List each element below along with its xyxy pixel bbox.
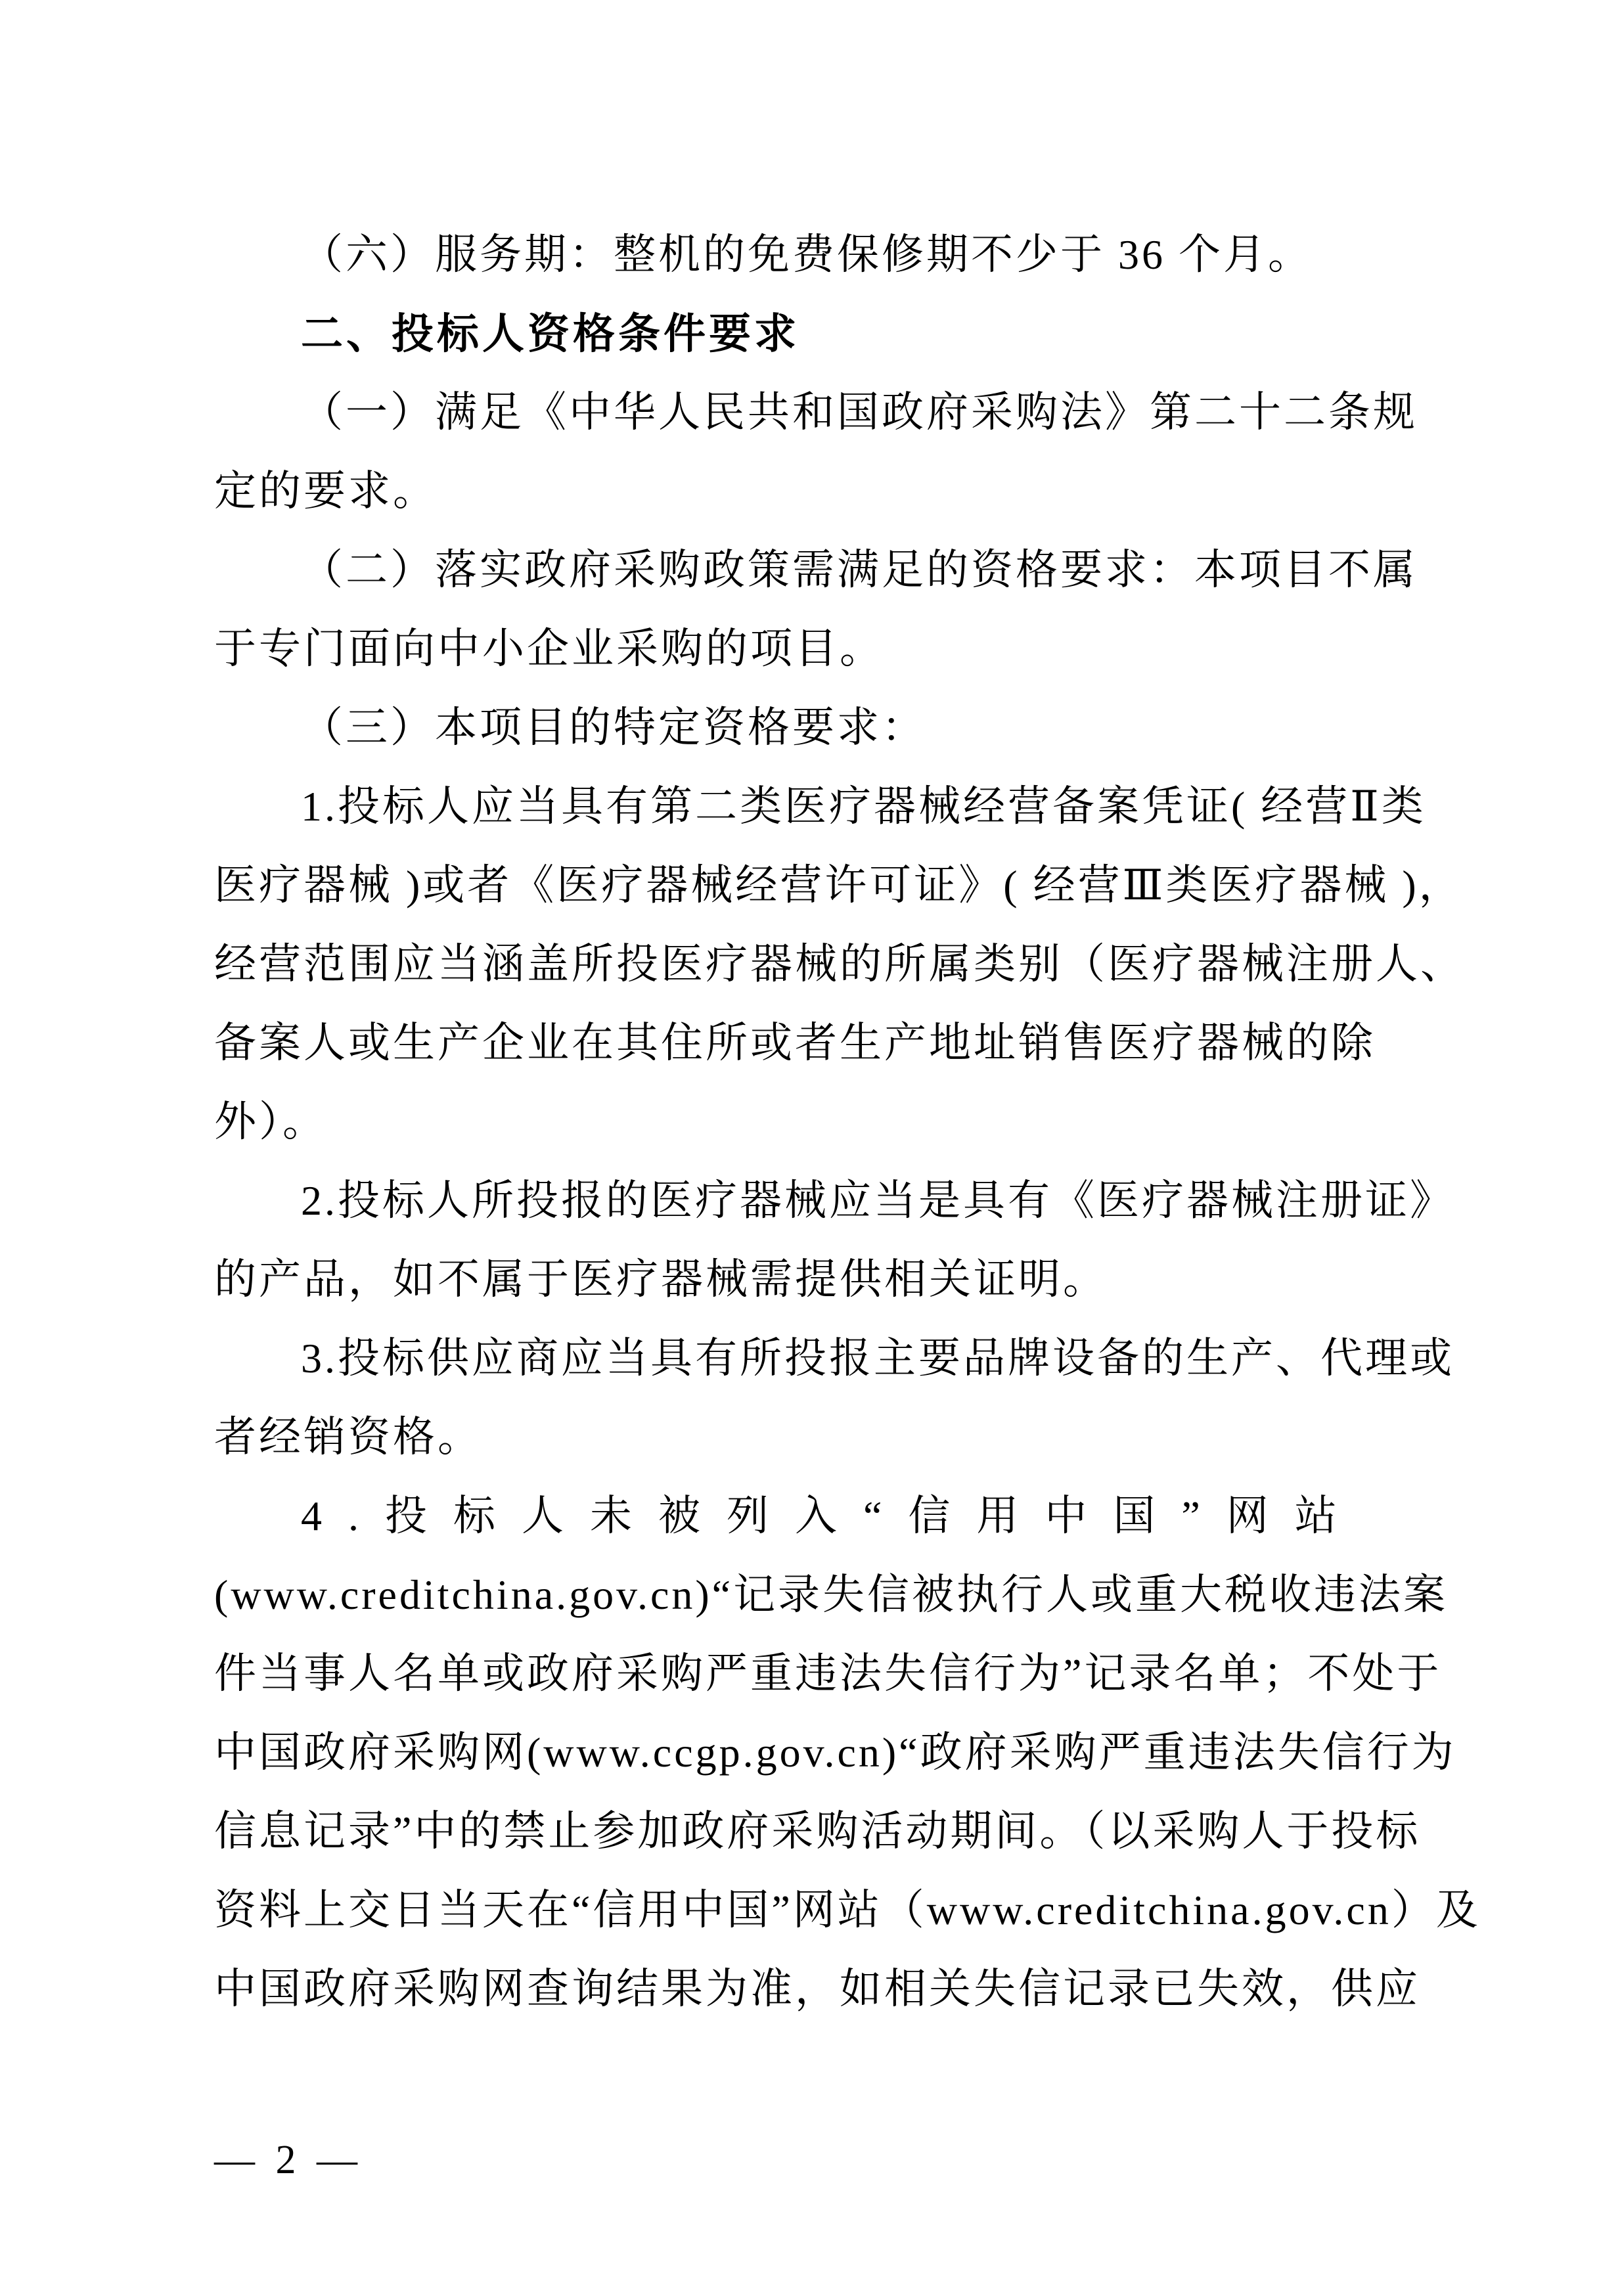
text-line-req-1-cont-2: 经营范围应当涵盖所投医疗器械的所属类别（医疗器械注册人、 xyxy=(214,925,1423,1004)
page-number: — 2 — xyxy=(214,2136,363,2184)
text-line-req-4-cont-2: 件当事人名单或政府采购严重违法失信行为”记录名单；不处于 xyxy=(214,1634,1423,1713)
text-line-req-4: 4.投标人未被列入“信用中国”网站 xyxy=(214,1477,1423,1556)
text-line-req-1-cont-4: 外）。 xyxy=(214,1083,1423,1161)
text-line-req-1-cont-1: 医疗器械 )或者《医疗器械经营许可证》( 经营Ⅲ类医疗器械 )， xyxy=(214,846,1423,925)
text-line-req-1: 1.投标人应当具有第二类医疗器械经营备案凭证( 经营Ⅱ类 xyxy=(214,767,1423,846)
text-line-req-2-cont: 的产品，如不属于医疗器械需提供相关证明。 xyxy=(214,1240,1423,1319)
text-line-req-4-cont-5: 资料上交日当天在“信用中国”网站（www.creditchina.gov.cn）… xyxy=(214,1871,1423,1950)
text-line-req-4-cont-4: 信息记录”中的禁止参加政府采购活动期间。（以采购人于投标 xyxy=(214,1792,1423,1871)
text-line-service-period: （六）服务期：整机的免费保修期不少于 36 个月。 xyxy=(214,215,1423,294)
document-body: （六）服务期：整机的免费保修期不少于 36 个月。 二、投标人资格条件要求 （一… xyxy=(214,215,1423,2029)
text-line-item-2-cont: 于专门面向中小企业采购的项目。 xyxy=(214,610,1423,688)
text-line-item-3: （三）本项目的特定资格要求： xyxy=(214,688,1423,767)
text-line-req-4-cont-1: (www.creditchina.gov.cn)“记录失信被执行人或重大税收违法… xyxy=(214,1556,1423,1634)
text-line-req-1-cont-3: 备案人或生产企业在其住所或者生产地址销售医疗器械的除 xyxy=(214,1004,1423,1083)
text-line-item-1-cont: 定的要求。 xyxy=(214,452,1423,531)
section-heading: 二、投标人资格条件要求 xyxy=(214,294,1423,373)
text-line-req-3: 3.投标供应商应当具有所投报主要品牌设备的生产、代理或 xyxy=(214,1319,1423,1398)
text-line-item-2: （二）落实政府采购政策需满足的资格要求：本项目不属 xyxy=(214,531,1423,610)
text-line-item-1: （一）满足《中华人民共和国政府采购法》第二十二条规 xyxy=(214,373,1423,452)
text-line-req-4-cont-3: 中国政府采购网(www.ccgp.gov.cn)“政府采购严重违法失信行为 xyxy=(214,1713,1423,1792)
text-line-req-2: 2.投标人所投报的医疗器械应当是具有《医疗器械注册证》 xyxy=(214,1161,1423,1240)
document-page: （六）服务期：整机的免费保修期不少于 36 个月。 二、投标人资格条件要求 （一… xyxy=(0,0,1620,2296)
text-line-req-3-cont: 者经销资格。 xyxy=(214,1398,1423,1477)
text-line-req-4-cont-6: 中国政府采购网查询结果为准，如相关失信记录已失效，供应 xyxy=(214,1950,1423,2029)
